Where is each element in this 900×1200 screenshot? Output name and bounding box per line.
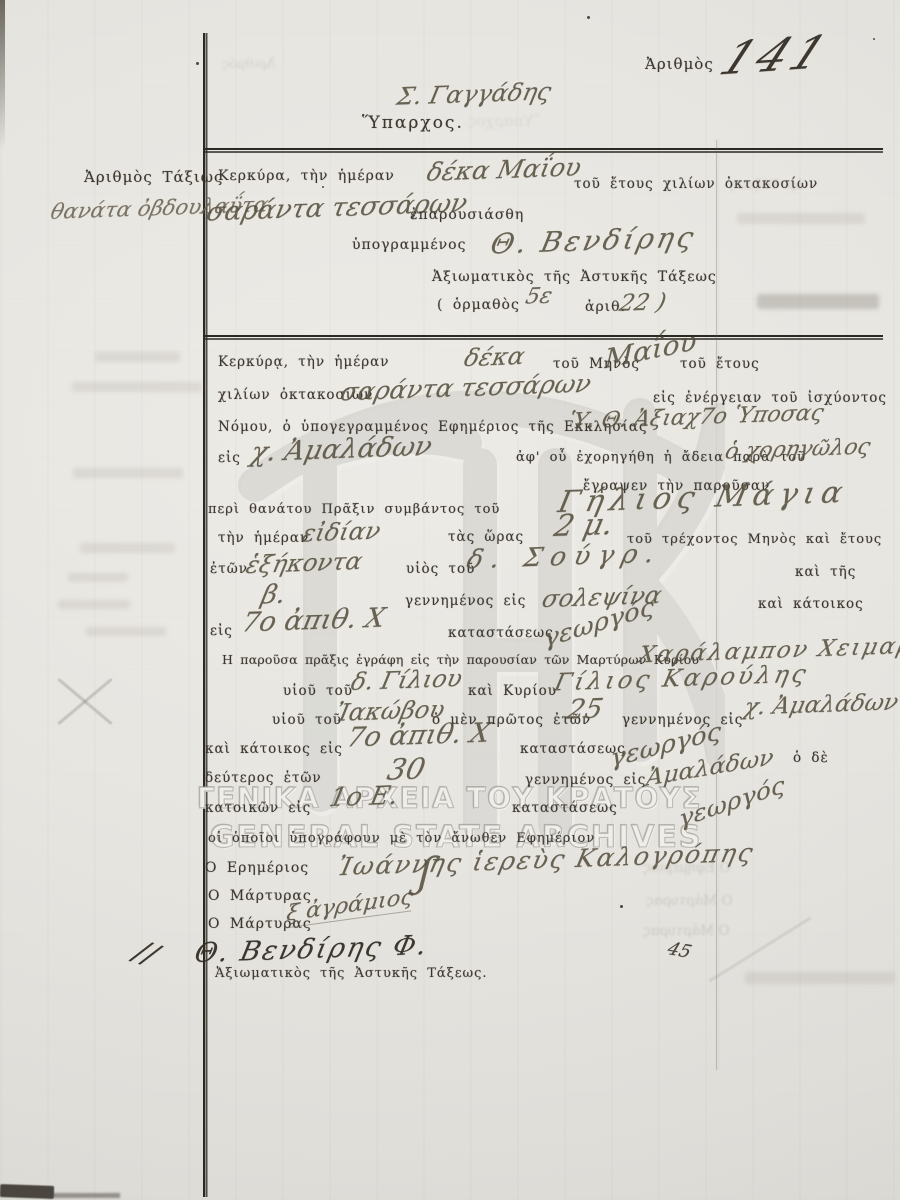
act-permitter-handwritten: ὁ χορηγῶλος xyxy=(723,435,873,465)
act-age-label: ἐτῶν xyxy=(210,561,248,577)
act-residence-eis-label: εἰς xyxy=(210,623,233,639)
bundle-number-handwritten: 5ε xyxy=(523,284,554,310)
act-and-mother-label: καὶ τῆς xyxy=(795,564,856,580)
officer-signature-handwritten: Θ. Βενδίρης Φ. xyxy=(192,930,432,969)
bleedthrough-ephimerios: Ο Εφημέριος xyxy=(643,860,730,876)
act-current-month-clause: τοῦ τρέχοντος Μηνὸς καὶ ἔτους xyxy=(627,532,882,547)
second-witness-resident-label: κατοικῶν εἰς xyxy=(205,800,311,816)
witness2-kyrios-label: καὶ Κυρίου xyxy=(468,683,557,699)
bleedthrough-smudge xyxy=(86,627,166,636)
second-witness-residence-handwritten: 1ο Ε. xyxy=(327,781,402,813)
act-born-at-label: γεννημένος εἰς xyxy=(405,593,526,609)
act-village-handwritten: χ. Ἀμαλάδων xyxy=(248,431,435,468)
bleedthrough-smudge xyxy=(72,382,202,392)
scan-edge-shadow xyxy=(0,0,5,150)
presentation-place-line: Κερκύρα, τὴν ἡμέραν xyxy=(218,168,395,184)
bleedthrough-smudge xyxy=(68,573,128,582)
second-witness-age-label: δεύτερος ἐτῶν xyxy=(205,770,322,786)
act-day-label: τὴν ἡμέραν xyxy=(218,530,309,546)
bleedthrough-martyras-2: Ο Μάρτυρας xyxy=(643,923,730,939)
scan-corner-artifact xyxy=(0,1184,54,1199)
ink-speck xyxy=(873,38,875,40)
act-hour-label: τὰς ὥρας xyxy=(448,529,524,545)
stray-ink-number: 45 xyxy=(665,938,695,962)
act-eis-label: εἰς xyxy=(218,450,241,466)
first-witness-age-handwritten: 25 xyxy=(565,693,606,725)
bleedthrough-smudge xyxy=(73,468,183,478)
act-resident-label: καὶ κάτοικος xyxy=(758,596,864,612)
presentation-day-handwritten: δέκα Μαΐου xyxy=(424,152,584,186)
bleedthrough-martyras-1: Ο Μάρτυρας xyxy=(646,893,733,909)
act-status-label: καταστάσεως xyxy=(448,625,554,641)
death-hour-handwritten: 2 μ. xyxy=(551,507,617,544)
death-day-handwritten: εἰδίαν xyxy=(300,517,384,548)
bundle-label: ( ὁρμαθὸς xyxy=(437,297,520,313)
presentation-officer-signature: Θ. Βενδίρης xyxy=(488,220,700,260)
bleedthrough-yparxos: Ὕπαρχος xyxy=(468,112,539,130)
act-death-clause: περὶ θανάτου Πρᾶξιν συμβάντος τοῦ xyxy=(208,502,500,517)
bleedthrough-smudge xyxy=(95,352,180,362)
deceased-age-handwritten: ἑξήκοντα xyxy=(244,547,366,579)
ink-speck xyxy=(620,905,623,908)
witnesses-sign-clause: οἱ ὁποῖοι ὑπογράφουν μὲ τὸν ἄνωθεν Εφημέ… xyxy=(208,831,595,846)
presentation-officer-title: Ἀξιωματικὸς τῆς Ἀστυκῆς Τάξεως xyxy=(432,269,717,285)
official-name-signature: Σ. Γαγγάδης xyxy=(394,77,553,110)
presentation-presented-label: ἐπαρουσιάσθη xyxy=(410,207,524,223)
bleedthrough-smudge xyxy=(80,543,175,553)
margin-check-mark: ∕∕ xyxy=(128,935,164,973)
witness1-son-of-label: υἱοῦ τοῦ xyxy=(283,683,353,699)
act-number-value: 141 xyxy=(712,25,840,86)
order-number-label: Ἀριθμὸς Τάξιως xyxy=(84,168,223,186)
act-place-line: Κερκύρᾳ, τὴν ἡμέραν xyxy=(218,354,389,370)
bleedthrough-smudge xyxy=(745,972,895,984)
first-witness-resident-label: καὶ κάτοικος εἰς xyxy=(205,741,343,757)
act-year-label: τοῦ ἔτους xyxy=(680,356,760,372)
witness2-son-of-label: υἱοῦ τοῦ xyxy=(272,712,342,728)
second-witness-intro-label: ὁ δὲ xyxy=(793,750,829,766)
second-witness-born-label: γεννημένος εἰς xyxy=(525,772,646,788)
bleedthrough-smudge xyxy=(737,213,865,224)
officer-title-printed: Ἀξιωματικὸς τῆς Ἀστυκῆς Τάξεως. xyxy=(215,966,488,981)
ink-speck xyxy=(322,186,324,188)
first-witness-birthplace-handwritten: χ. Ἀμαλάδων xyxy=(742,689,900,720)
bundle-arith-value-handwritten: 22 ) xyxy=(617,289,669,317)
ink-speck xyxy=(196,62,199,65)
ink-speck xyxy=(587,16,590,19)
first-witness-residence-handwritten: 7ο ἀπιθ. Χ xyxy=(344,718,493,754)
act-number-label: Ἀριθμὸς xyxy=(645,55,714,73)
bleedthrough-smudge xyxy=(58,600,130,609)
form-top-rule xyxy=(205,148,883,150)
act-day-handwritten: δέκα xyxy=(462,342,528,372)
bleedthrough-arithmos: Ἀριθμός xyxy=(222,57,276,72)
priest-signature-label: Ο Ερημέριος xyxy=(205,860,309,876)
residence-handwritten: 7ο ἀπιθ. Χ xyxy=(239,603,388,639)
presentation-undersigned-label: ὑπογραμμένος xyxy=(352,237,466,253)
official-title: Ὕπαρχος. xyxy=(362,113,464,133)
bleedthrough-smudge xyxy=(757,294,879,309)
witness1-father-handwritten: δ. Γίλιου xyxy=(349,664,465,696)
scanned-death-record-page: ΓΕΝΙΚΑ ΑΡΧΕΙΑ ΤΟΥ ΚΡΑΤΟΥΣ GENERAL STATE … xyxy=(0,0,900,1200)
second-witness-status-label: καταστάσεως xyxy=(512,800,618,816)
bleedthrough-taxeos: ἀρ. Τάξεως xyxy=(730,178,804,193)
scan-corner-artifact xyxy=(48,1193,120,1198)
